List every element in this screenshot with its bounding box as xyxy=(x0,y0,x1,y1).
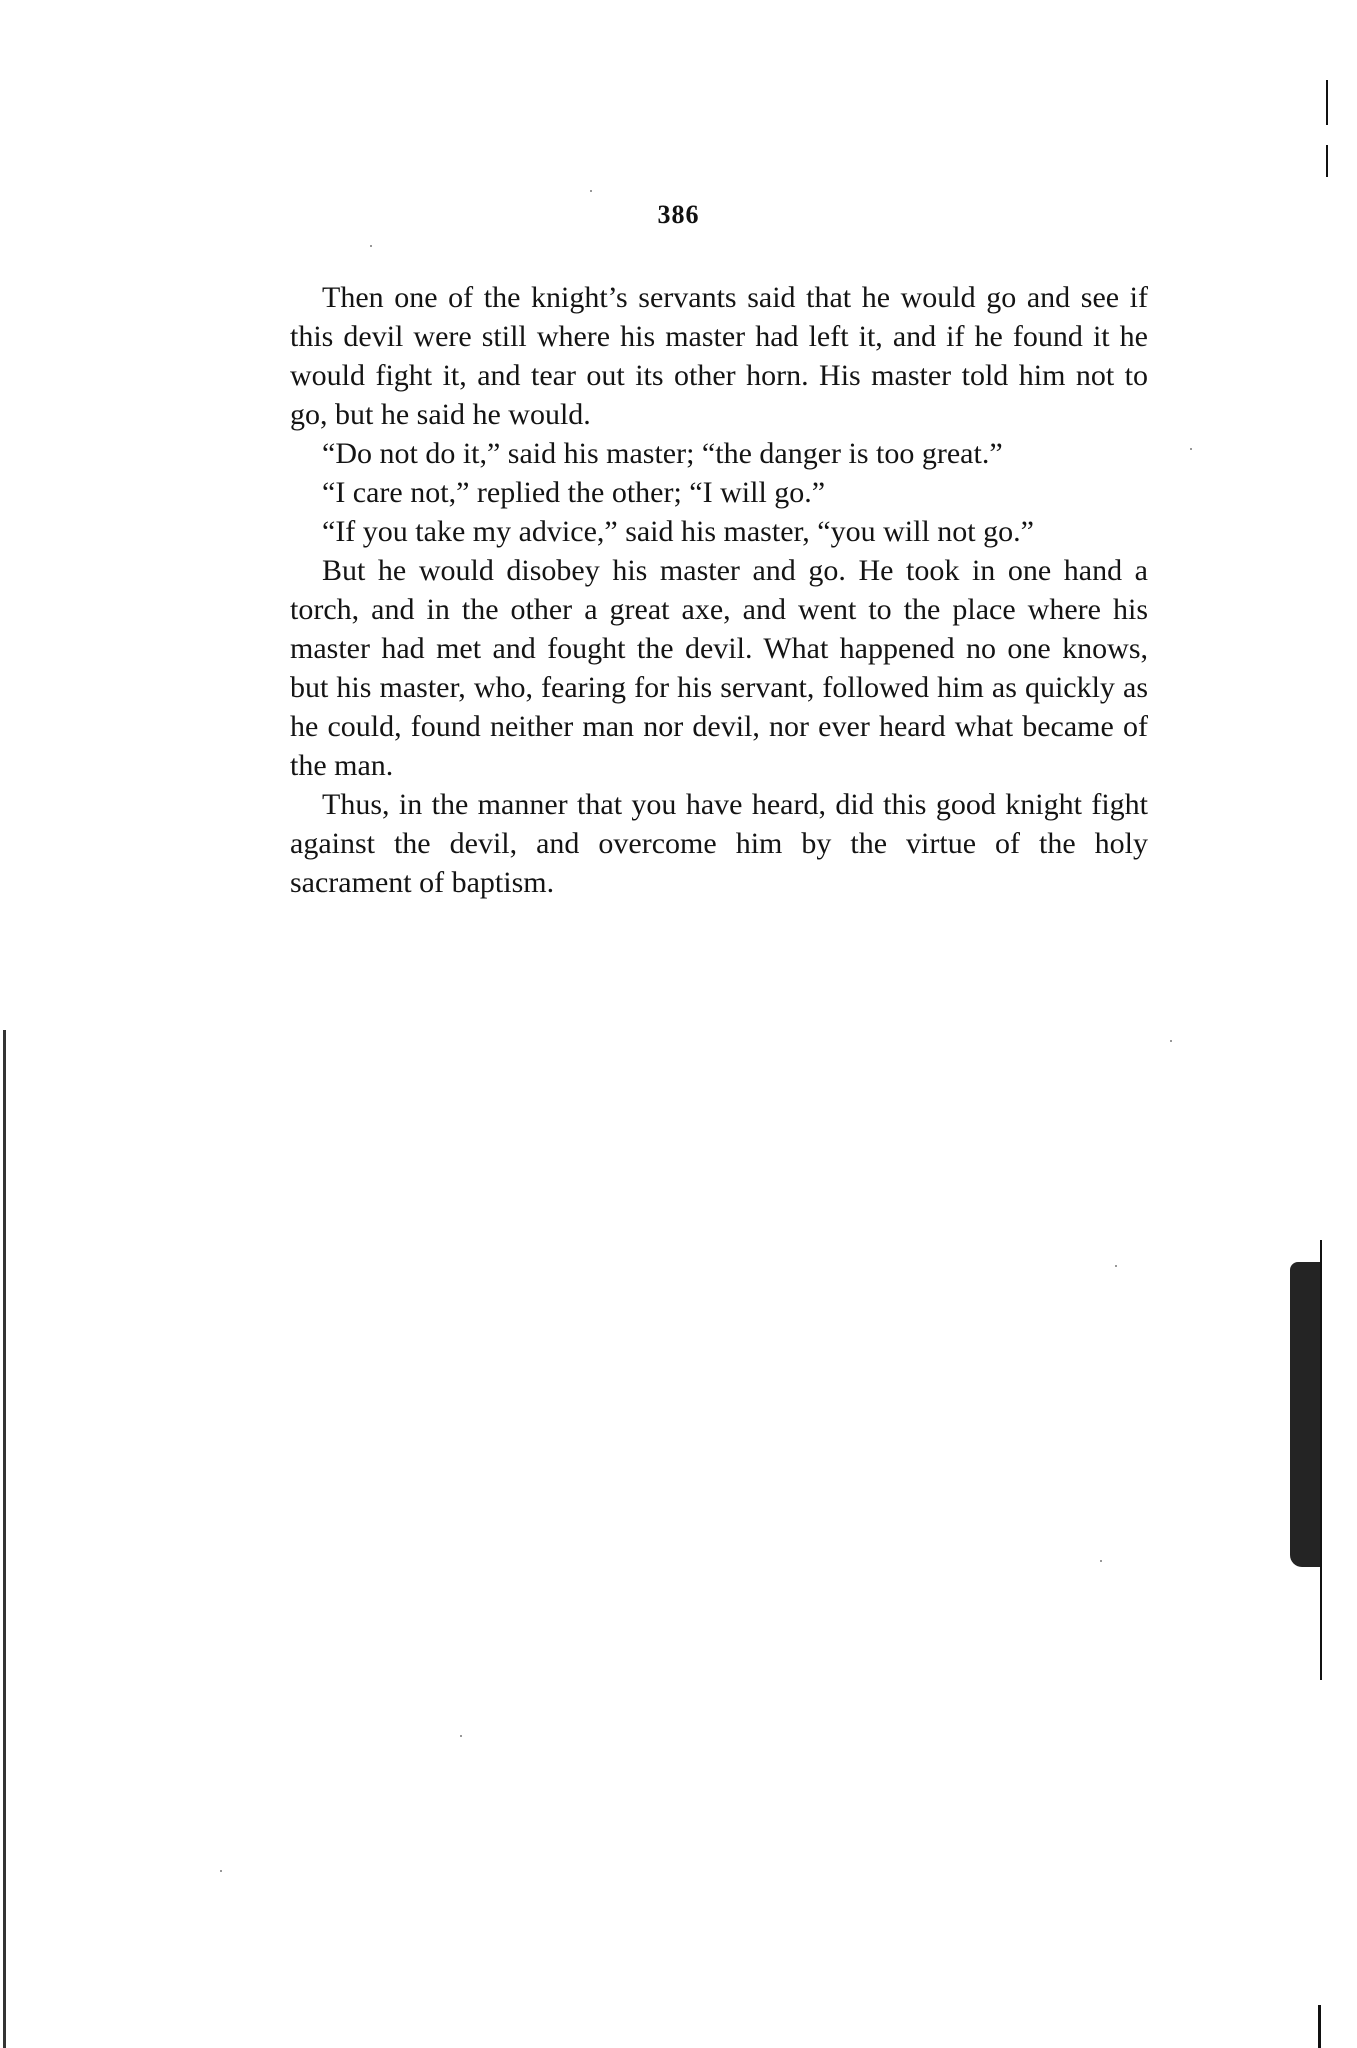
speck xyxy=(1190,448,1192,450)
paragraph: But he would disobey his master and go. … xyxy=(290,551,1148,785)
scan-edge-mark-top-right xyxy=(1326,80,1328,125)
scan-edge-line-right xyxy=(1320,1240,1322,1680)
speck xyxy=(220,1870,222,1872)
speck xyxy=(1170,1040,1172,1042)
speck xyxy=(370,245,372,247)
speck xyxy=(1115,1265,1117,1267)
page-number: 386 xyxy=(0,200,1357,230)
paragraph: Thus, in the manner that you have heard,… xyxy=(290,785,1148,902)
scan-edge-mark-top-right-2 xyxy=(1326,145,1328,177)
paragraph: Then one of the knight’s servants said t… xyxy=(290,278,1148,434)
paragraph: “Do not do it,” said his master; “the da… xyxy=(290,434,1148,473)
page-body-text: Then one of the knight’s servants said t… xyxy=(290,278,1148,902)
scan-edge-line-left xyxy=(3,1030,6,2048)
scan-edge-line-right-bottom xyxy=(1318,2005,1321,2048)
paragraph: “I care not,” replied the other; “I will… xyxy=(290,473,1148,512)
speck xyxy=(460,1735,462,1737)
paragraph: “If you take my advice,” said his master… xyxy=(290,512,1148,551)
speck xyxy=(590,190,592,192)
speck xyxy=(1100,1560,1102,1562)
scan-edge-shadow-right xyxy=(1290,1262,1322,1567)
